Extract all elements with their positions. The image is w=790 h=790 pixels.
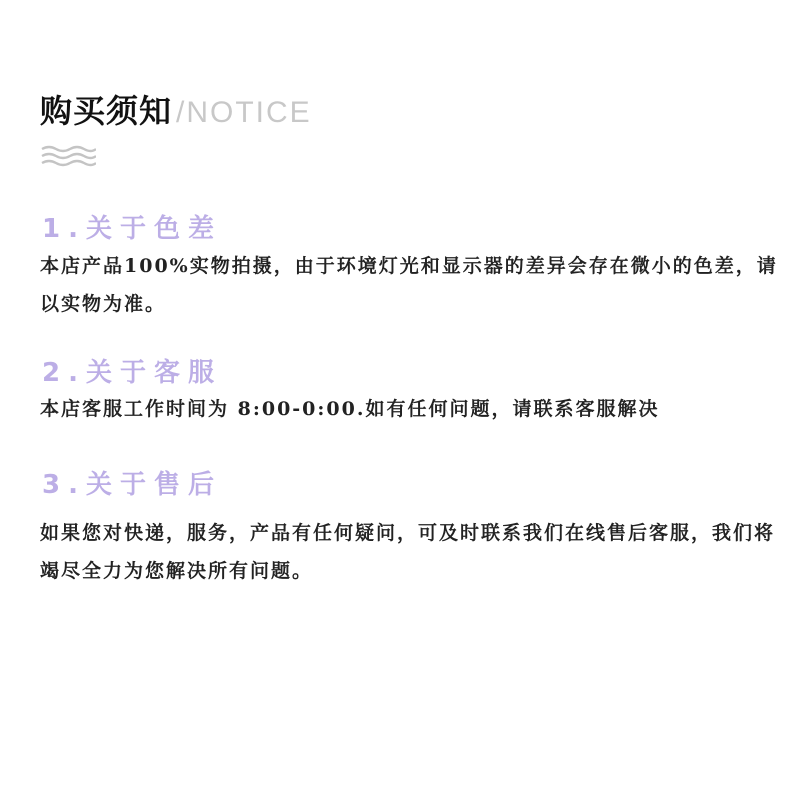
title-english: /NOTICE (176, 96, 312, 130)
wave-icon (40, 145, 96, 167)
section-body-color: 本店产品100%实物拍摄，由于环境灯光和显示器的差异会存在微小的色差，请以实物为… (40, 247, 780, 323)
notice-title: 购买须知 /NOTICE (40, 86, 312, 132)
section-body-service: 本店客服工作时间为 8:00-0:00.如有任何问题，请联系客服解决 (40, 390, 780, 428)
section-heading-color: 1.关于色差 (42, 208, 222, 245)
title-chinese: 购买须知 (40, 86, 172, 132)
section-heading-aftersales: 3.关于售后 (42, 464, 222, 501)
section-heading-service: 2.关于客服 (42, 352, 222, 389)
section-body-aftersales: 如果您对快递，服务，产品有任何疑问，可及时联系我们在线售后客服，我们将竭尽全力为… (40, 514, 780, 590)
